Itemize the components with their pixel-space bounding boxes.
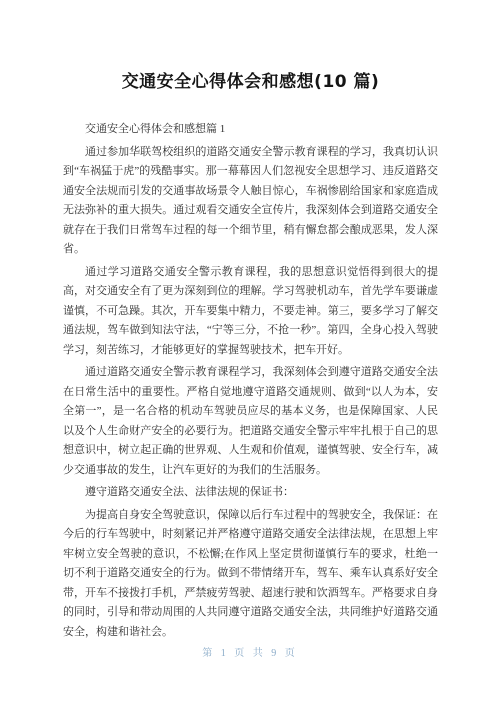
document-body: 交通安全心得体会和感想篇 1 通过参加华联驾校组织的道路交通安全警示教育课程的学… xyxy=(63,120,438,642)
paragraph: 遵守道路交通安全法、法律法规的保证书： xyxy=(63,483,438,503)
paragraph: 通过参加华联驾校组织的道路交通安全警示教育课程的学习，我真切认识到“车祸猛于虎”… xyxy=(63,143,438,260)
paragraph: 通过学习道路交通安全警示教育课程，我的思想意识觉悟得到很大的提高，对交通安全有了… xyxy=(63,263,438,361)
paragraph: 通过道路交通安全警示教育课程学习，我深刻体会到遵守道路交通安全法在日常生活中的重… xyxy=(63,363,438,480)
document-content: 交通安全心得体会和感想(10 篇) 交通安全心得体会和感想篇 1 通过参加华联驾… xyxy=(0,0,500,642)
section-heading: 交通安全心得体会和感想篇 1 xyxy=(63,120,438,140)
document-title: 交通安全心得体会和感想(10 篇) xyxy=(63,70,438,94)
paragraph: 为提高自身安全驾驶意识，保障以后行车过程中的驾驶安全，我保证：在今后的行车驾驶中… xyxy=(63,506,438,643)
page-number-footer: 第 1 页 共 9 页 xyxy=(0,644,500,659)
document-page: 交通安全心得体会和感想(10 篇) 交通安全心得体会和感想篇 1 通过参加华联驾… xyxy=(0,0,500,707)
